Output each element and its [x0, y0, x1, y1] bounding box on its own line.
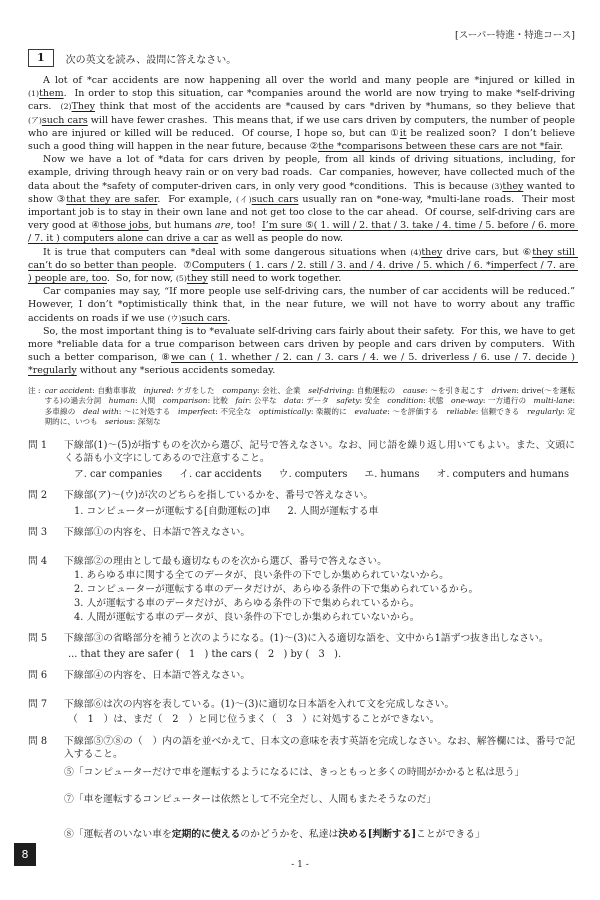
- passage-paragraph-2: Now we have a lot of *data for cars driv…: [28, 153, 575, 245]
- question-8: 問 8 下線部⑤⑦⑧の（ ）内の語を並べかえて、日本文の意味を表す英語を完成しな…: [28, 735, 575, 842]
- question-7-fill-line: （ 1 ）は、まだ（ 2 ）と同じ位うまく（ 3 ）に対処することができない。: [64, 713, 575, 727]
- question-8-sentence-8: ⑧「運転者のいない車を定期的に使えるのかどうかを、私達は決める[判断する]ことが…: [64, 828, 575, 842]
- notes-body: car accident: 自動車事故 injured: ケガをした compa…: [45, 386, 575, 428]
- option-item: 1. コンピューターが運転する[自動運転の]車: [74, 505, 270, 519]
- question-5-label: 問 5: [28, 632, 64, 661]
- option-item: 2. 人間が運転する車: [287, 505, 378, 519]
- question-3-text: 下線部①の内容を、日本語で答えなさい。: [64, 526, 575, 540]
- question-2-options: 1. コンピューターが運転する[自動運転の]車 2. 人間が運転する車: [64, 505, 575, 519]
- passage-paragraph-3: It is true that computers can *deal with…: [28, 246, 575, 286]
- section-instruction: 次の英文を読み、設問に答えなさい。: [66, 51, 237, 66]
- question-6: 問 6 下線部④の内容を、日本語で答えなさい。: [28, 669, 575, 683]
- section-number-box: 1: [28, 49, 54, 67]
- question-8-text: 下線部⑤⑦⑧の（ ）内の語を並べかえて、日本文の意味を表す英語を完成しなさい。な…: [64, 735, 575, 762]
- option-item: エ. humans: [364, 468, 419, 482]
- question-5-text: 下線部③の省略部分を補うと次のようになる。(1)～(3)に入る適切な語を、文中か…: [64, 632, 575, 646]
- question-4-label: 問 4: [28, 555, 64, 625]
- option-item: 4. 人間が運転する車のデータが、良い条件の下でしか集められていないから。: [74, 611, 575, 625]
- question-7-text: 下線部⑥は次の内容を表している。(1)～(3)に適切な日本語を入れて文を完成しな…: [64, 698, 575, 712]
- question-8-label: 問 8: [28, 735, 64, 842]
- question-4: 問 4 下線部②の理由として最も適切なものを次から選び、番号で答えなさい。 1.…: [28, 555, 575, 625]
- question-2-label: 問 2: [28, 489, 64, 518]
- notes-label: 注 :: [28, 386, 41, 428]
- question-1-label: 問 1: [28, 439, 64, 482]
- option-item: 1. あらゆる車に関する全てのデータが、良い条件の下でしか集められていないから。: [74, 569, 575, 583]
- option-item: ウ. computers: [279, 468, 348, 482]
- question-3-label: 問 3: [28, 526, 64, 540]
- question-1: 問 1 下線部(1)～(5)が指すものを次から選び、記号で答えなさい。なお、同じ…: [28, 439, 575, 482]
- passage-paragraph-5: So, the most important thing is to *eval…: [28, 325, 575, 378]
- question-6-text: 下線部④の内容を、日本語で答えなさい。: [64, 669, 575, 683]
- questions-section: 問 1 下線部(1)～(5)が指すものを次から選び、記号で答えなさい。なお、同じ…: [28, 439, 575, 842]
- option-item: オ. computers and humans: [437, 468, 569, 482]
- question-2-text: 下線部(ア)～(ウ)が次のどちらを指しているかを、番号で答えなさい。: [64, 489, 575, 503]
- question-5-fill-line: ... that they are safer ( 1 ) the cars (…: [64, 648, 575, 662]
- option-item: 2. コンピューターが運転する車のデータだけが、あらゆる条件の下で集められている…: [74, 583, 575, 597]
- question-4-options: 1. あらゆる車に関する全てのデータが、良い条件の下でしか集められていないから。…: [64, 569, 575, 624]
- reading-passage: A lot of *car accidents are now happenin…: [28, 74, 575, 378]
- page-content: [スーパー特進・特進コース] 1 次の英文を読み、設問に答えなさい。 A lot…: [0, 0, 600, 841]
- page-number: - 1 -: [0, 860, 600, 870]
- passage-paragraph-1: A lot of *car accidents are now happenin…: [28, 74, 575, 153]
- option-item: ア. car companies: [74, 468, 162, 482]
- question-8-sentence-5: ⑤「コンピューターだけで車を運転するようになるには、きっともっと多くの時間がかか…: [64, 766, 575, 780]
- question-7: 問 7 下線部⑥は次の内容を表している。(1)～(3)に適切な日本語を入れて文を…: [28, 698, 575, 727]
- question-1-options: ア. car companies イ. car accidents ウ. com…: [64, 468, 575, 482]
- vocabulary-notes: 注 : car accident: 自動車事故 injured: ケガをした c…: [28, 386, 575, 428]
- section-title-row: 1 次の英文を読み、設問に答えなさい。: [28, 49, 575, 67]
- question-3: 問 3 下線部①の内容を、日本語で答えなさい。: [28, 526, 575, 540]
- option-item: イ. car accidents: [179, 468, 261, 482]
- option-item: 3. 人が運転する車のデータだけが、あらゆる条件の下で集められているから。: [74, 597, 575, 611]
- question-2: 問 2 下線部(ア)～(ウ)が次のどちらを指しているかを、番号で答えなさい。 1…: [28, 489, 575, 518]
- question-8-sentence-7: ⑦「車を運転するコンピューターは依然として不完全だし、人間もまたそうなのだ」: [64, 793, 575, 807]
- question-6-label: 問 6: [28, 669, 64, 683]
- question-1-text: 下線部(1)～(5)が指すものを次から選び、記号で答えなさい。なお、同じ語を繰り…: [64, 439, 575, 466]
- exam-page: [スーパー特進・特進コース] 1 次の英文を読み、設問に答えなさい。 A lot…: [0, 0, 600, 900]
- question-4-text: 下線部②の理由として最も適切なものを次から選び、番号で答えなさい。: [64, 555, 575, 569]
- page-corner-badge: 8: [14, 843, 36, 866]
- course-label: [スーパー特進・特進コース]: [28, 30, 575, 42]
- passage-paragraph-4: Car companies may say, “If more people u…: [28, 285, 575, 325]
- question-7-label: 問 7: [28, 698, 64, 727]
- question-5: 問 5 下線部③の省略部分を補うと次のようになる。(1)～(3)に入る適切な語を…: [28, 632, 575, 661]
